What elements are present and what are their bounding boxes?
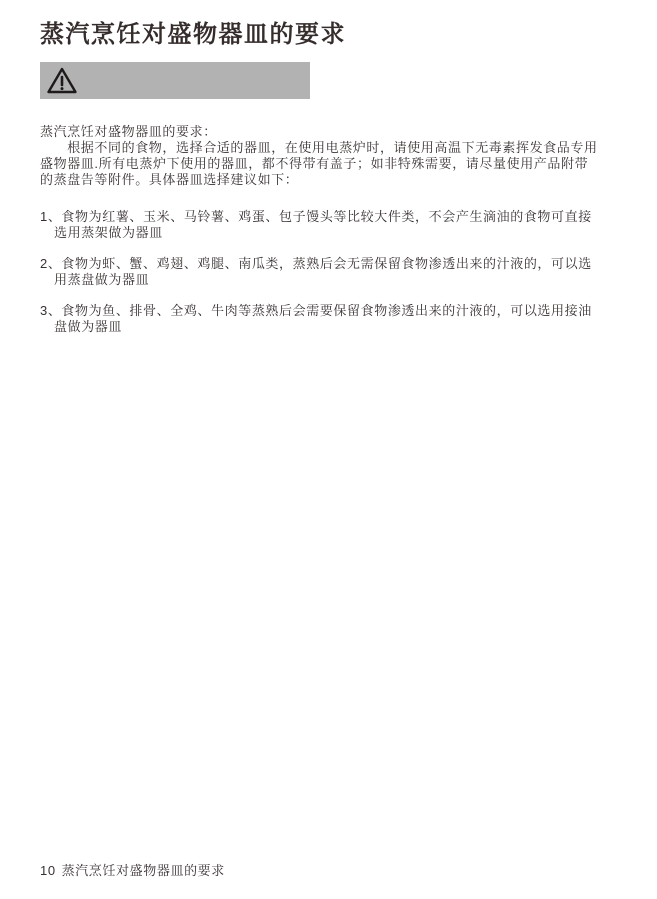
list-item: 3、食物为鱼、排骨、全鸡、牛肉等蒸熟后会需要保留食物渗透出来的汁液的，可以选用接… (40, 303, 620, 335)
container-recommendation-list: 1、食物为红薯、玉米、马铃薯、鸡蛋、包子馒头等比较大件类，不会产生滴油的食物可直… (40, 209, 620, 350)
intro-line: 的蒸盘告等附件。具体器皿选择建议如下： (40, 172, 620, 188)
list-item-line: 3、食物为鱼、排骨、全鸡、牛肉等蒸熟后会需要保留食物渗透出来的汁液的，可以选用接… (40, 303, 620, 319)
list-item-line: 盘做为器皿 (40, 319, 620, 335)
list-item-line: 用蒸盘做为器皿 (40, 272, 620, 288)
intro-line: 蒸汽烹饪对盛物器皿的要求： (40, 124, 620, 140)
list-item-line: 2、食物为虾、蟹、鸡翅、鸡腿、南瓜类，蒸熟后会无需保留食物渗透出来的汁液的，可以… (40, 256, 620, 272)
footer-title: 蒸汽烹饪对盛物器皿的要求 (62, 863, 225, 878)
manual-page: 蒸汽烹饪对盛物器皿的要求 蒸汽烹饪对盛物器皿的要求： 根据不同的食物，选择合适的… (0, 0, 657, 899)
list-item-line: 1、食物为红薯、玉米、马铃薯、鸡蛋、包子馒头等比较大件类，不会产生滴油的食物可直… (40, 209, 620, 225)
warning-banner (40, 62, 310, 99)
intro-line: 根据不同的食物，选择合适的器皿，在使用电蒸炉时，请使用高温下无毒素挥发食品专用 (40, 140, 620, 156)
list-item: 1、食物为红薯、玉米、马铃薯、鸡蛋、包子馒头等比较大件类，不会产生滴油的食物可直… (40, 209, 620, 241)
list-item-line: 选用蒸架做为器皿 (40, 225, 620, 241)
intro-line: 盛物器皿.所有电蒸炉下使用的器皿，都不得带有盖子；如非特殊需要，请尽量使用产品附… (40, 156, 620, 172)
list-item: 2、食物为虾、蟹、鸡翅、鸡腿、南瓜类，蒸熟后会无需保留食物渗透出来的汁液的，可以… (40, 256, 620, 288)
page-footer: 10蒸汽烹饪对盛物器皿的要求 (40, 860, 225, 879)
warning-triangle-icon (46, 66, 78, 95)
intro-paragraph: 蒸汽烹饪对盛物器皿的要求： 根据不同的食物，选择合适的器皿，在使用电蒸炉时，请使… (40, 124, 620, 188)
page-number: 10 (40, 863, 56, 878)
page-title: 蒸汽烹饪对盛物器皿的要求 (40, 14, 346, 49)
